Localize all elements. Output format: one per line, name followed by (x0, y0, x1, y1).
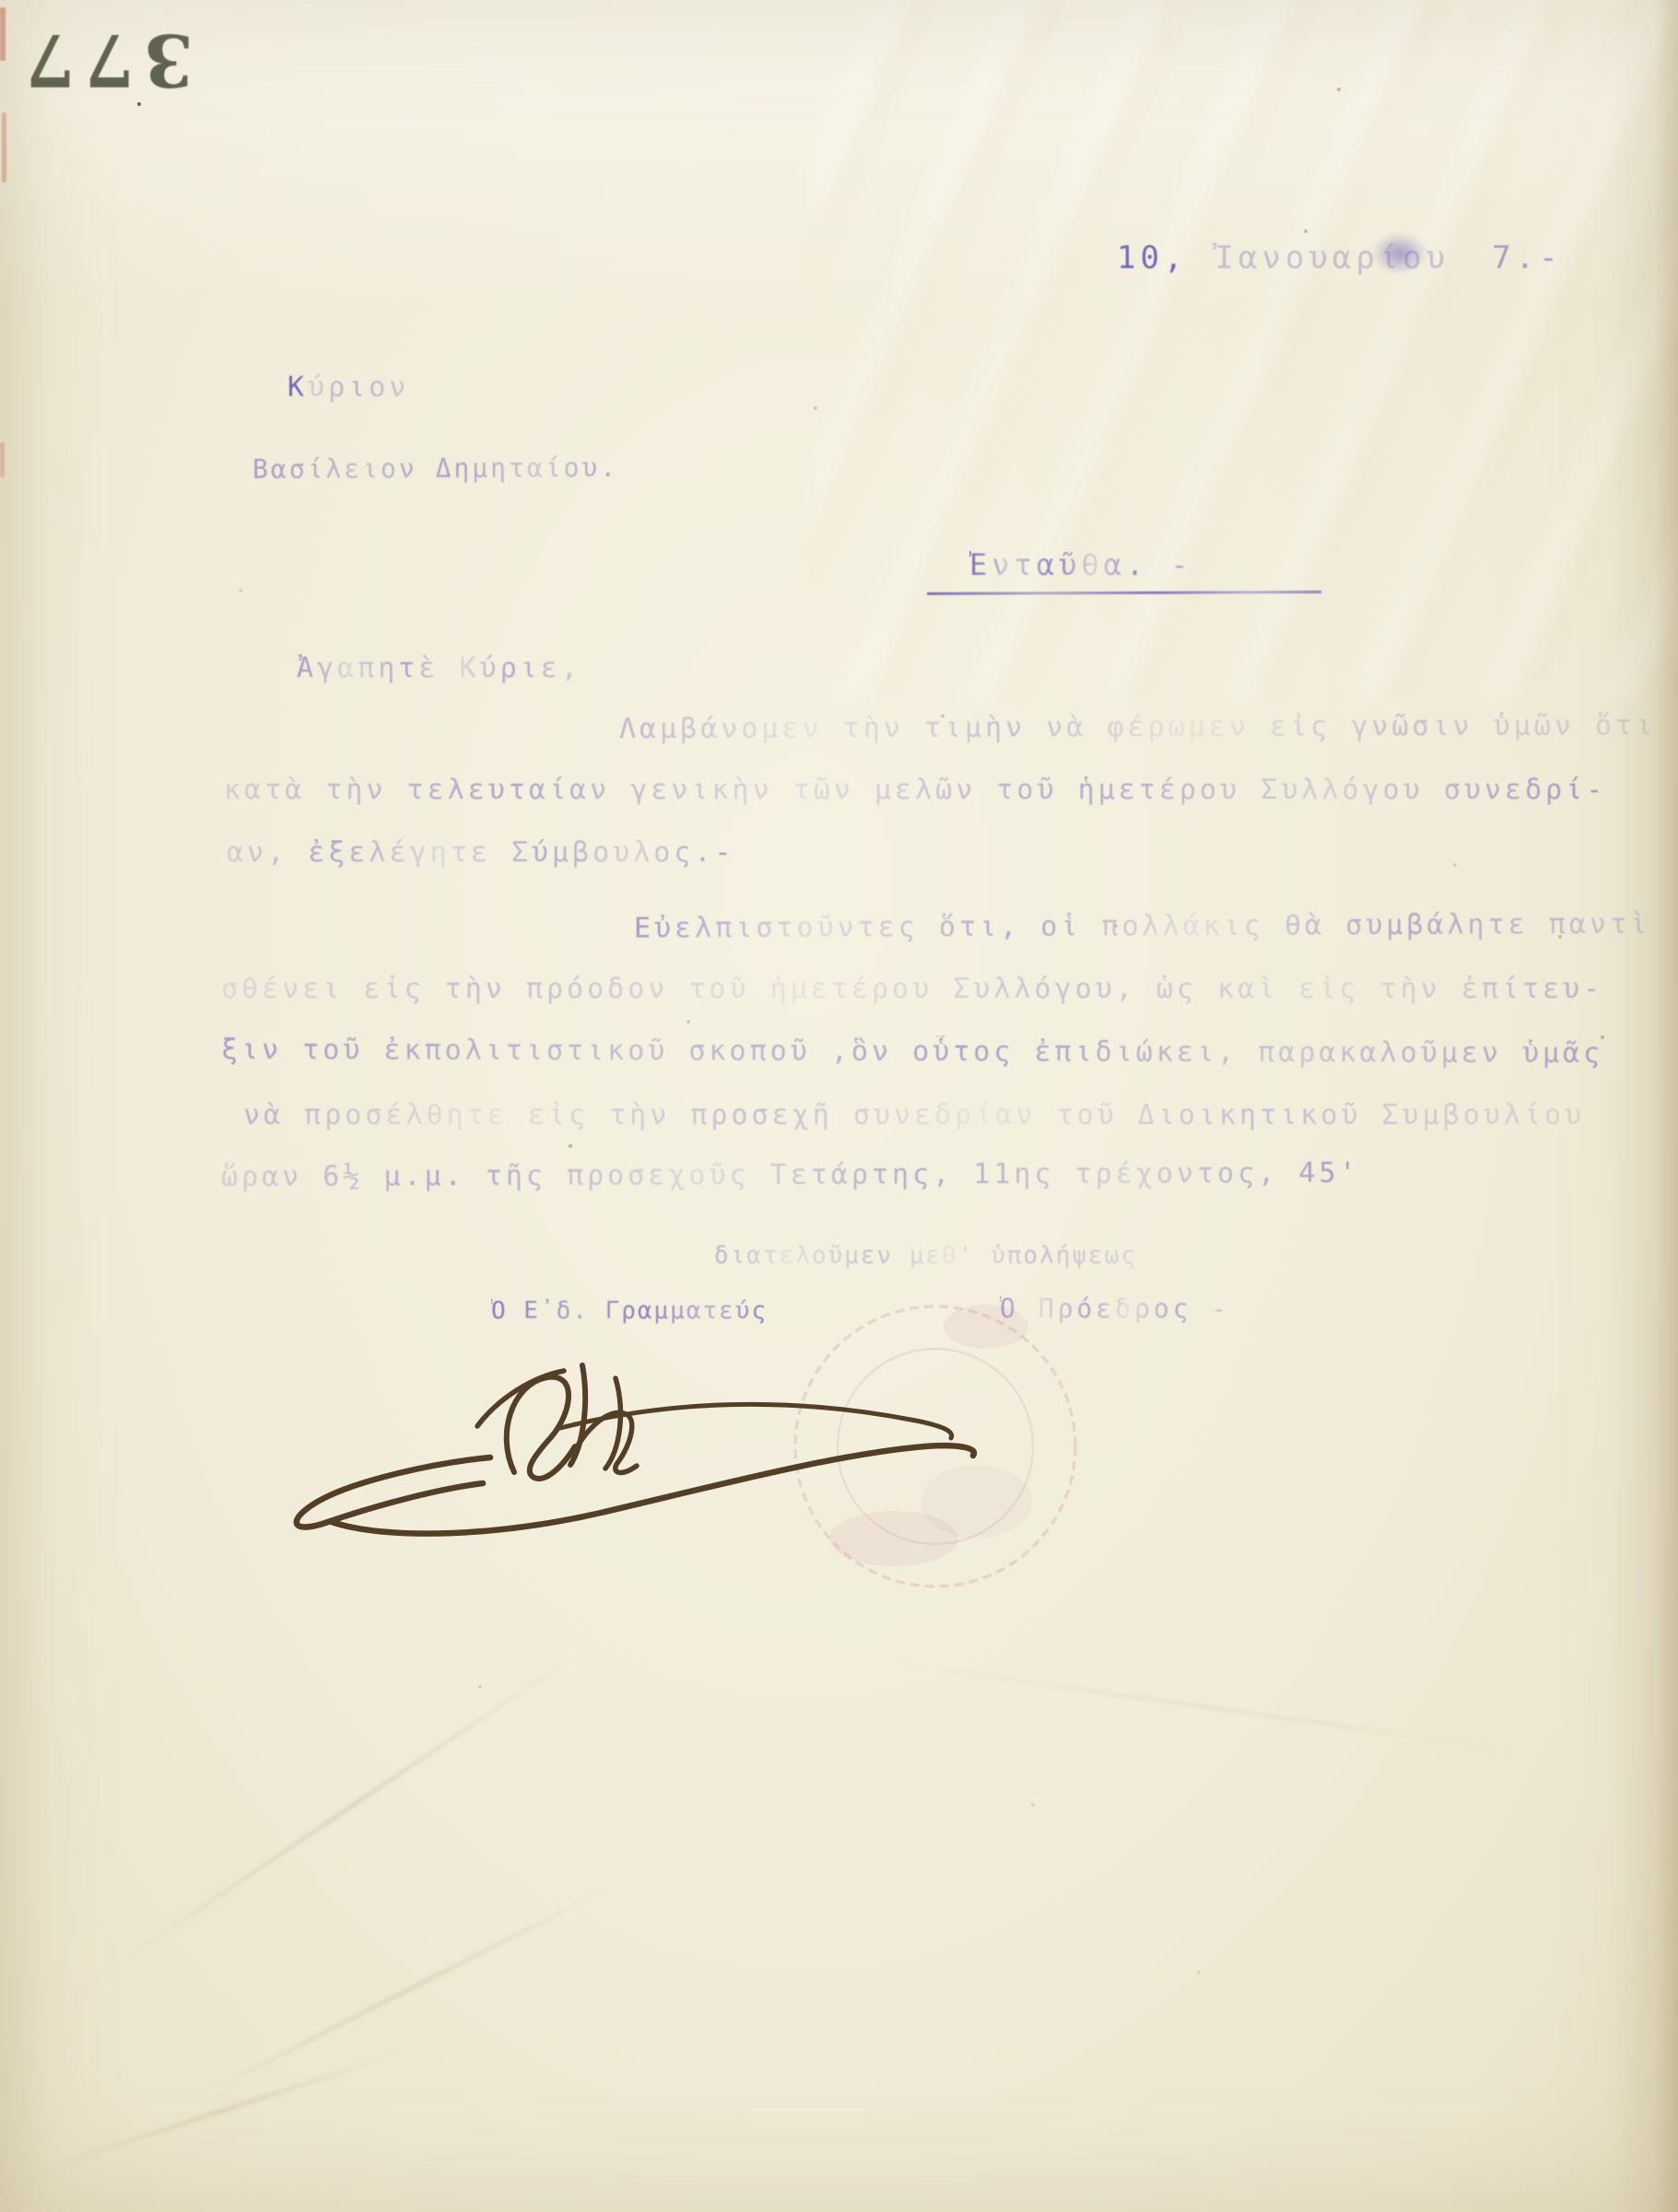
paper-specks (0, 0, 2, 2)
paper-streaks (811, 0, 1678, 700)
letter-heading: Ἐνταῦθα. - (969, 547, 1193, 582)
crease-line (37, 2050, 405, 2172)
red-edge-mark (0, 7, 6, 61)
date-line: 10,Ἰανουαρίου7.- (1117, 240, 1563, 276)
body-line: Εὐελπιστοῦντες ὅτι, οἱ πολλάκις θὰ συμβά… (634, 908, 1650, 945)
body-line: ὥραν 6½ μ.μ. τῆς προσεχοῦς Τετάρτης, 11η… (221, 1157, 1360, 1193)
recipient-name: Βασίλειον Δημηταίου. (252, 452, 618, 485)
body-line: κατὰ τὴν τελευταίαν γενικὴν τῶν μελῶν το… (224, 774, 1606, 806)
red-edge-mark (0, 442, 5, 477)
recipient-title: Κύριον (287, 371, 409, 404)
date-day: 10, (1117, 240, 1187, 276)
body-line: ξιν τοῦ ἐκπολιτιστικοῦ σκοποῦ ,ὃν οὗτος … (221, 1034, 1603, 1070)
red-edge-mark (2, 112, 6, 182)
body-line: αν, ἐξελέγητε Σύμβουλος.- (227, 837, 735, 869)
date-year: 7.- (1492, 240, 1562, 276)
crease-line (878, 1659, 1518, 1751)
body-line: νὰ προσέλθητε εἰς τὴν προσεχῆ συνεδρίαν … (243, 1099, 1585, 1131)
paper-edge-shadow (1654, 0, 1678, 2212)
page-number: 377 (37, 4, 194, 101)
body-line: σθένει εἰς τὴν πρόοδον τοῦ ἡμετέρου Συλλ… (221, 973, 1603, 1005)
crease-line (105, 1641, 595, 1972)
scanned-letter-page: 377 10,Ἰανουαρίου7.- Κύριον Βασίλειον Δη… (0, 0, 1678, 2212)
closing-line: διατελοῦμεν μεθ' ὑπολήψεως (714, 1242, 1137, 1270)
signature (258, 1308, 1050, 1575)
crease-line (192, 1881, 620, 2101)
body-line: Λαμβάνομεν τὴν τιμὴν νὰ φέρωμεν εἰς γνῶσ… (619, 709, 1656, 745)
salutation: Ἀγαπητὲ Κύριε, (297, 652, 581, 685)
date-month: Ἰανουαρίου (1214, 240, 1449, 276)
